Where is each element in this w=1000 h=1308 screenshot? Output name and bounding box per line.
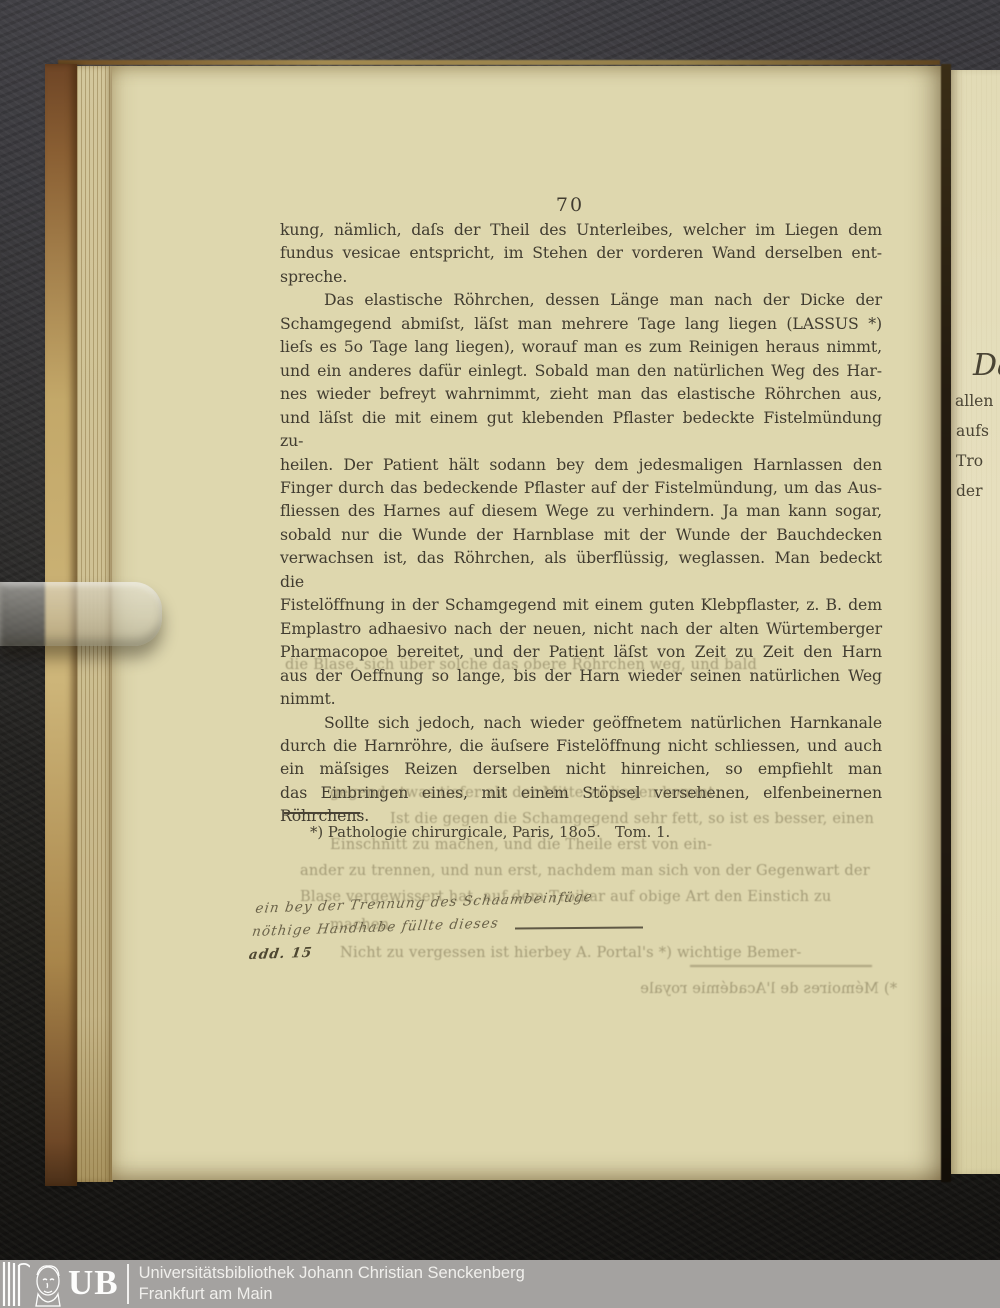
page-top-edge-glint — [58, 60, 940, 65]
transparent-holding-strip — [0, 582, 162, 646]
text-line: fundus vesicae entspricht, im Stehen der… — [280, 241, 882, 264]
text-line: nimmt. — [280, 687, 882, 710]
facing-page-fragment: Da — [973, 348, 1000, 383]
text-line: durch die Harnröhre, die äuſsere Fistelö… — [280, 734, 882, 757]
bleedthrough-rule — [690, 965, 872, 967]
text-line: spreche. — [280, 265, 882, 288]
text-line: verwachsen ist, das Röhrchen, als überfl… — [280, 546, 882, 593]
scan-view: { "page": { "number": "70", "body_lines"… — [0, 0, 1000, 1308]
library-city: Frankfurt am Main — [139, 1284, 525, 1305]
text-line: heilen. Der Patient hält sodann bey dem … — [280, 453, 882, 476]
bleedthrough-text: die Blase, sich über solche das obere Rö… — [285, 656, 757, 673]
text-line: Emplastro adhaesivo nach der neuen, nich… — [280, 617, 882, 640]
text-line: Das elastische Röhrchen, dessen Länge ma… — [280, 288, 882, 311]
book-spines-icon — [0, 1261, 30, 1307]
logo-divider — [127, 1264, 129, 1304]
text-line: nes wieder befreyt wahrnimmt, zieht man … — [280, 382, 882, 405]
logo-ub-text: UB — [68, 1263, 119, 1303]
text-line: und ein anderes dafür einlegt. Sobald ma… — [280, 359, 882, 382]
library-footer-bar: UB Universitätsbibliothek Johann Christi… — [0, 1260, 1000, 1308]
text-line: und läſst die mit einem gut klebenden Pf… — [280, 406, 882, 453]
facing-page-fragment: Tro — [956, 452, 983, 470]
bleedthrough-text: gegend etwas tiefer als der Mitte zu lie… — [330, 784, 719, 801]
book-gutter-shadow — [941, 64, 951, 1182]
facing-page-fragment: aufs — [956, 422, 989, 440]
library-name-block: Universitätsbibliothek Johann Christian … — [139, 1263, 525, 1305]
page-number: 70 — [530, 194, 610, 216]
library-name: Universitätsbibliothek Johann Christian … — [139, 1263, 525, 1284]
body-text: kung, nämlich, daſs der Theil des Unterl… — [280, 218, 882, 828]
bleedthrough-text: *) Mémoires de l'Académie royale — [640, 980, 897, 997]
facing-page-fragment: der — [956, 482, 983, 500]
text-line: Finger durch das bedeckende Pflaster auf… — [280, 476, 882, 499]
text-line: kung, nämlich, daſs der Theil des Unterl… — [280, 218, 882, 241]
text-line: fliessen des Harnes auf diesem Wege zu v… — [280, 499, 882, 522]
facing-page-fragment: allen — [955, 392, 993, 410]
bleedthrough-text: ander zu trennen, und nun erst, nachdem … — [300, 862, 870, 879]
goethe-portrait-icon — [30, 1261, 66, 1307]
footnote-rule — [284, 812, 360, 814]
text-line: ein mäſsiges Reizen derselben nicht hinr… — [280, 757, 882, 780]
text-line: Fistelöffnung in der Schamgegend mit ein… — [280, 593, 882, 616]
library-logo: UB — [0, 1260, 139, 1308]
text-line: Sollte sich jedoch, nach wieder geöffnet… — [280, 711, 882, 734]
text-line: sobald nur die Wunde der Harnblase mit d… — [280, 523, 882, 546]
text-line: lieſs es 5o Tage lang liegen), worauf ma… — [280, 335, 882, 358]
book-page: 70 kung, nämlich, daſs der Theil des Unt… — [112, 66, 943, 1180]
footnote: *) Pathologie chirurgicale, Paris, 18o5.… — [310, 824, 670, 841]
text-line: Schamgegend abmiſst, läſst man mehrere T… — [280, 312, 882, 335]
facing-page-edge: DaallenaufsTroder — [951, 70, 1000, 1174]
